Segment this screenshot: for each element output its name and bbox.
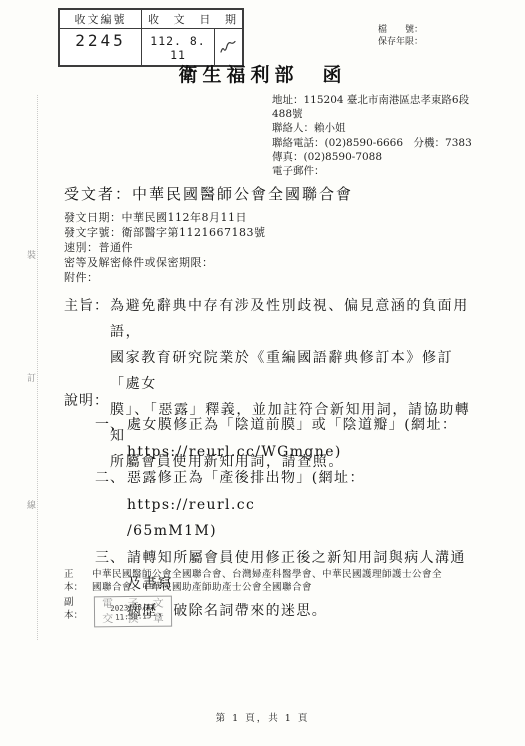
subject-line: 國家教育研究院業於《重編國語辭典修訂本》修訂「處女 (110, 345, 482, 397)
explanation-item-2: 二、 惡露修正為「產後排出物」(網址：https://reurl.cc /65m… (95, 465, 475, 545)
item-number: 一、 (95, 412, 127, 465)
received-stamp-box: 收文編號 收 文 日 期 2245 112. 8. 11 (58, 8, 244, 67)
original-recipients-row: 正本： 中華民國醫師公會全國聯合會、台灣婦產科醫學會、中華民國護理師護士公會全 … (64, 568, 492, 594)
issue-date-line: 發文日期：中華民國112年8月11日 (64, 210, 266, 225)
item-line: 處女膜修正為「陰道前膜」或「陰道瓣」(網址： (127, 412, 475, 439)
document-meta-block: 發文日期：中華民國112年8月11日 發文字號：衛部醫字第1121667183號… (64, 210, 266, 285)
distribution-block: 正本： 中華民國醫師公會全國聯合會、台灣婦產科醫學會、中華民國護理師護士公會全 … (64, 568, 492, 627)
file-reference-block: 檔 號： 保存年限： (378, 24, 423, 48)
electronic-exchange-stamp: 電 子 文 交 換 章 2023/08/11 11:58:15 (94, 596, 172, 628)
sender-contact-person: 聯絡人：賴小姐 (272, 121, 472, 135)
explanation-label: 說明： (64, 390, 109, 410)
issue-number-line: 發文字號：衛部醫字第1121667183號 (64, 225, 266, 240)
original-label: 正本： (64, 568, 92, 594)
stamp-time: 11:58:15 (115, 611, 151, 622)
item-line: 惡露修正為「產後排出物」(網址：https://reurl.cc (127, 465, 475, 518)
priority-line: 速別：普通件 (64, 240, 266, 255)
item-text: 惡露修正為「產後排出物」(網址：https://reurl.cc /65mM1M… (127, 465, 475, 545)
item-line: https://reurl.cc/WGmgne) (127, 439, 475, 466)
original-recipients-line: 中華民國醫師公會全國聯合會、台灣婦產科醫學會、中華民國護理師護士公會全 (92, 568, 492, 581)
item-line: /65mM1M) (127, 518, 475, 545)
checkmark-squiggle-icon (219, 39, 237, 55)
scanned-official-letter: 裝 訂 線 收文編號 收 文 日 期 2245 112. 8. 11 檔 號： … (0, 0, 525, 746)
page-number-footer: 第 1 頁，共 1 頁 (0, 710, 525, 724)
subject-line: 為避免辭典中存有涉及性別歧視、偏見意涵的負面用語， (110, 293, 482, 345)
original-recipients-line: 國聯合會、中華民國助產師助產士公會全國聯合會 (92, 581, 492, 594)
explanation-item-1: 一、 處女膜修正為「陰道前膜」或「陰道瓣」(網址： https://reurl.… (95, 412, 475, 465)
sender-address-line: 488號 (272, 107, 472, 121)
binding-mark-xian: 線 (27, 498, 36, 511)
received-date-label-char: 期 (225, 11, 236, 27)
sender-contact-block: 地址：115204 臺北市南港區忠孝東路6段 488號 聯絡人：賴小姐 聯絡電話… (272, 93, 472, 178)
binding-mark-ding: 訂 (27, 371, 36, 384)
retention-period-label: 保存年限： (378, 36, 423, 48)
binding-dotted-line (37, 95, 38, 640)
received-date-label-char: 文 (174, 11, 185, 27)
received-date-label-char: 收 (148, 11, 159, 27)
original-recipients: 中華民國醫師公會全國聯合會、台灣婦產科醫學會、中華民國護理師護士公會全 國聯合會… (92, 568, 492, 594)
classification-line: 密等及解密條件或保密期限： (64, 255, 266, 270)
sender-fax: 傳真：(02)8590-7088 (272, 150, 472, 164)
sender-email: 電子郵件： (272, 164, 472, 178)
sender-phone: 聯絡電話：(02)8590-6666 分機：7383 (272, 136, 472, 150)
received-date-label: 收 文 日 期 (142, 10, 242, 29)
document-title: 衛生福利部 函 (0, 60, 525, 87)
exchange-stamp-datetime: 2023/08/11 11:58:15 (94, 595, 171, 627)
item-text: 處女膜修正為「陰道前膜」或「陰道瓣」(網址： https://reurl.cc/… (127, 412, 475, 465)
received-date-label-char: 日 (199, 11, 210, 27)
sender-address-line: 地址：115204 臺北市南港區忠孝東路6段 (272, 93, 472, 107)
copy-recipients-row: 副本： 電 子 文 交 換 章 2023/08/11 11:58:15 (64, 596, 492, 627)
recipient-line: 受文者：中華民國醫師公會全國聯合會 (64, 183, 353, 204)
received-stamp-header-row: 收文編號 收 文 日 期 (60, 10, 242, 29)
binding-mark-zhuang: 裝 (27, 248, 36, 261)
file-number-label: 檔 號： (378, 24, 423, 36)
item-number: 二、 (95, 465, 127, 545)
attachment-line: 附件： (64, 270, 266, 285)
received-number-label: 收文編號 (60, 10, 142, 29)
copy-label: 副本： (64, 596, 92, 622)
